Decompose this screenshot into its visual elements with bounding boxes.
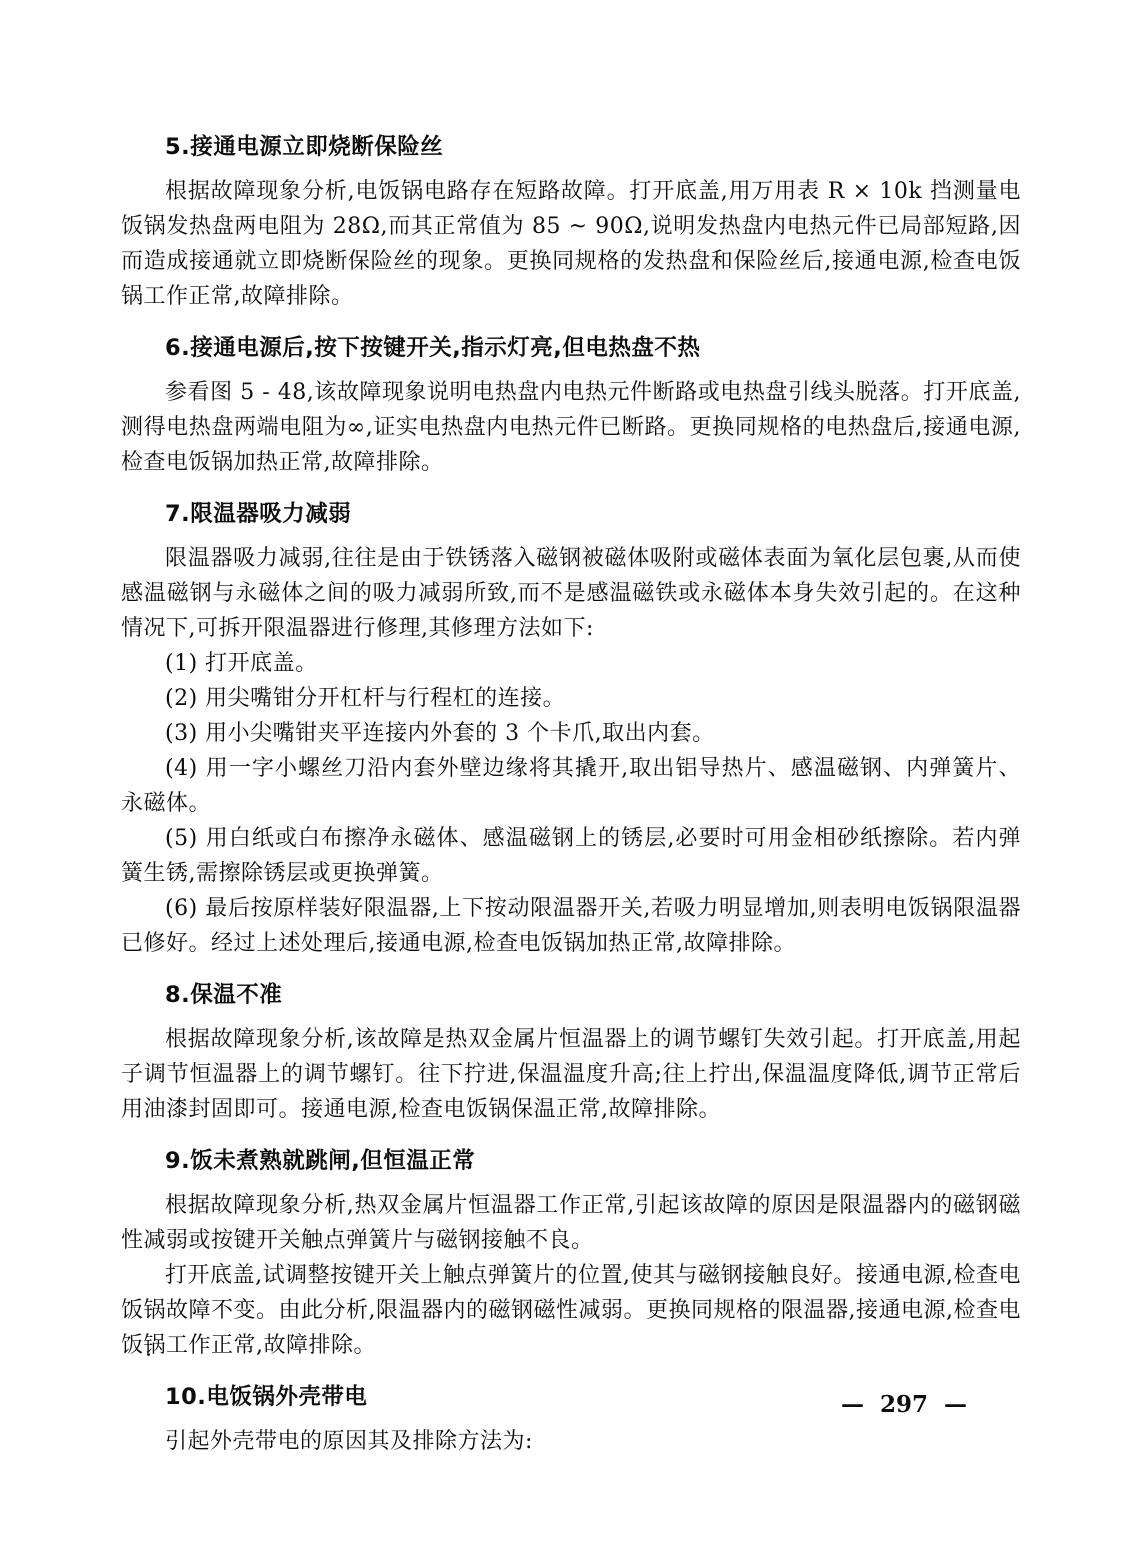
section-9-paragraph-2: 打开底盖,试调整按键开关上触点弹簧片的位置,使其与磁钢接触良好。接通电源,检查电…	[121, 1258, 1021, 1363]
section-8-paragraph: 根据故障现象分析,该故障是热双金属片恒温器上的调节螺钉失效引起。打开底盖,用起子…	[121, 1022, 1021, 1127]
repair-step-4: (4) 用一字小螺丝刀沿内套外壁边缘将其撬开,取出铝导热片、感温磁钢、内弹簧片、…	[121, 751, 1021, 821]
section-10-paragraph: 引起外壳带电的原因其及排除方法为:	[121, 1424, 1021, 1459]
section-5-paragraph: 根据故障现象分析,电饭锅电路存在短路故障。打开底盖,用万用表 R × 10k 挡…	[121, 174, 1021, 314]
page-footer: —297—	[121, 1390, 967, 1420]
section-8: 8.保温不准 根据故障现象分析,该故障是热双金属片恒温器上的调节螺钉失效引起。打…	[121, 978, 1021, 1127]
section-7: 7.限温器吸力减弱 限温器吸力减弱,往往是由于铁锈落入磁钢被磁体吸附或磁体表面为…	[121, 497, 1021, 961]
repair-step-1: (1) 打开底盖。	[121, 646, 1021, 681]
section-5: 5.接通电源立即烧断保险丝 根据故障现象分析,电饭锅电路存在短路故障。打开底盖,…	[121, 130, 1021, 314]
scanned-book-page: 5.接通电源立即烧断保险丝 根据故障现象分析,电饭锅电路存在短路故障。打开底盖,…	[0, 0, 1138, 1568]
section-6-paragraph: 参看图 5 - 48,该故障现象说明电热盘内电热元件断路或电热盘引线头脱落。打开…	[121, 375, 1021, 480]
section-5-heading: 5.接通电源立即烧断保险丝	[121, 130, 1021, 165]
section-8-heading: 8.保温不准	[121, 978, 1021, 1013]
section-6: 6.接通电源后,按下按键开关,指示灯亮,但电热盘不热 参看图 5 - 48,该故…	[121, 331, 1021, 480]
section-7-heading: 7.限温器吸力减弱	[121, 497, 1021, 532]
repair-step-2: (2) 用尖嘴钳分开杠杆与行程杠的连接。	[121, 681, 1021, 716]
section-9-paragraph-1: 根据故障现象分析,热双金属片恒温器工作正常,引起该故障的原因是限温器内的磁钢磁性…	[121, 1188, 1021, 1258]
repair-step-5: (5) 用白纸或白布擦净永磁体、感温磁钢上的锈层,必要时可用金相砂纸擦除。若内弹…	[121, 821, 1021, 891]
footer-right-dash: —	[944, 1390, 967, 1420]
section-9: 9.饭未煮熟就跳闸,但恒温正常 根据故障现象分析,热双金属片恒温器工作正常,引起…	[121, 1144, 1021, 1363]
section-9-heading: 9.饭未煮熟就跳闸,但恒温正常	[121, 1144, 1021, 1179]
repair-step-6: (6) 最后按原样装好限温器,上下按动限温器开关,若吸力明显增加,则表明电饭锅限…	[121, 891, 1021, 961]
footer-left-dash: —	[841, 1390, 864, 1420]
scan-artifact-dot	[147, 1353, 150, 1356]
page-number: 297	[880, 1390, 928, 1420]
repair-step-3: (3) 用小尖嘴钳夹平连接内外套的 3 个卡爪,取出内套。	[121, 716, 1021, 751]
section-7-paragraph: 限温器吸力减弱,往往是由于铁锈落入磁钢被磁体吸附或磁体表面为氧化层包裹,从而使感…	[121, 541, 1021, 646]
page-content: 5.接通电源立即烧断保险丝 根据故障现象分析,电饭锅电路存在短路故障。打开底盖,…	[121, 130, 1021, 1459]
section-6-heading: 6.接通电源后,按下按键开关,指示灯亮,但电热盘不热	[121, 331, 1021, 366]
